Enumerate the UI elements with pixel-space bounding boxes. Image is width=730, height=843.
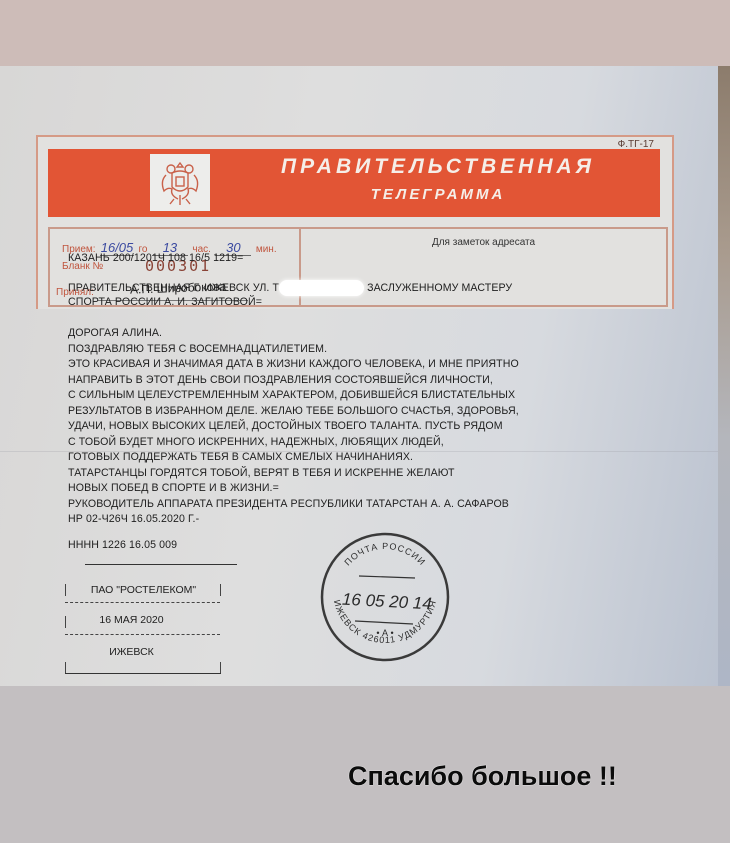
operator-city: ИЖЕВСК bbox=[53, 646, 210, 658]
coat-of-arms-icon bbox=[150, 154, 210, 211]
operator-company: ПАО "РОСТЕЛЕКОМ" bbox=[65, 584, 222, 596]
svg-text:16 05 20 14: 16 05 20 14 bbox=[342, 590, 433, 614]
telegram-body-line: НОВЫХ ПОБЕД В СПОРТЕ И В ЖИЗНИ.= bbox=[68, 481, 279, 497]
telegram-body-line: ПОЗДРАВЛЯЮ ТЕБЯ С ВОСЕМНАДЦАТИЛЕТИЕМ. bbox=[68, 342, 327, 358]
service-line: НННН 1226 16.05 009 bbox=[68, 538, 177, 554]
background-top bbox=[0, 0, 730, 68]
address-part-1: ПРАВИТЕЛЬСТВЕННАЯ Г. ИЖЕВСК УЛ. Т bbox=[68, 282, 279, 294]
minute-label: мин. bbox=[256, 244, 277, 255]
notes-label: Для заметок адресата bbox=[301, 237, 666, 248]
svg-text:ПОЧТА РОССИИ: ПОЧТА РОССИИ bbox=[342, 541, 427, 568]
telegram-body-line: НАПРАВИТЬ В ЭТОТ ДЕНЬ СВОИ ПОЗДРАВЛЕНИЯ … bbox=[68, 373, 493, 389]
dashed-divider bbox=[65, 602, 220, 603]
caption-text: Спасибо большое !! bbox=[348, 761, 617, 792]
banner-title: ПРАВИТЕЛЬСТВЕННАЯ bbox=[238, 155, 638, 179]
telegram-header-line: КАЗАНЬ 200/1201Ч 108 16/5 1219= bbox=[68, 251, 243, 267]
dashed-divider bbox=[65, 634, 220, 635]
postmark-stamp: ПОЧТА РОССИИ ИЖЕВСК 426011 УДМУРТИЯ 16 0… bbox=[315, 527, 455, 667]
telegram-body-line: ГОТОВЫХ ПОДДЕРЖАТЬ ТЕБЯ В САМЫХ СМЕЛЫХ Н… bbox=[68, 450, 413, 466]
red-banner: ПРАВИТЕЛЬСТВЕННАЯ ТЕЛЕГРАММА bbox=[48, 149, 660, 217]
telegram-body-line: НР 02-Ч26Ч 16.05.2020 Г.- bbox=[68, 512, 199, 528]
telegram-body-line: ТАТАРСТАНЦЫ ГОРДЯТСЯ ТОБОЙ, ВЕРЯТ В ТЕБЯ… bbox=[68, 466, 455, 482]
operator-box-bottom-line bbox=[65, 673, 221, 674]
operator-date: 16 МАЯ 2020 bbox=[53, 614, 210, 626]
telegram-body-line: С ТОБОЙ БУДЕТ МНОГО ИСКРЕННИХ, НАДЕЖНЫХ,… bbox=[68, 435, 444, 451]
operator-box-top-line bbox=[85, 564, 237, 565]
operator-box: ПАО "РОСТЕЛЕКОМ" 16 МАЯ 2020 ИЖЕВСК bbox=[65, 580, 222, 675]
svg-text:• А •: • А • bbox=[376, 628, 393, 638]
banner-subtitle: ТЕЛЕГРАММА bbox=[238, 186, 638, 203]
telegram-body-line: УДАЧИ, НОВЫХ ВЫСОКИХ ЦЕЛЕЙ, ДОСТОЙНЫХ ТВ… bbox=[68, 419, 503, 435]
redacted-area bbox=[279, 280, 364, 296]
telegram-address-line-2: СПОРТА РОССИИ А. И. ЗАГИТОВОЙ= bbox=[68, 295, 262, 311]
telegram-body-line: С СИЛЬНЫМ ЦЕЛЕУСТРЕМЛЕННЫМ ХАРАКТЕРОМ, Д… bbox=[68, 388, 515, 404]
background-edge bbox=[718, 66, 730, 686]
address-part-2: ЗАСЛУЖЕННОМУ МАСТЕРУ bbox=[367, 282, 512, 294]
telegram-body-line: РЕЗУЛЬТАТОВ В ИЗБРАННОМ ДЕЛЕ. ЖЕЛАЮ ТЕБЕ… bbox=[68, 404, 519, 420]
telegram-body-line: ДОРОГАЯ АЛИНА. bbox=[68, 326, 162, 342]
telegram-body-line: РУКОВОДИТЕЛЬ АППАРАТА ПРЕЗИДЕНТА РЕСПУБЛ… bbox=[68, 497, 509, 513]
telegram-body-line: ЭТО КРАСИВАЯ И ЗНАЧИМАЯ ДАТА В ЖИЗНИ КАЖ… bbox=[68, 357, 519, 373]
